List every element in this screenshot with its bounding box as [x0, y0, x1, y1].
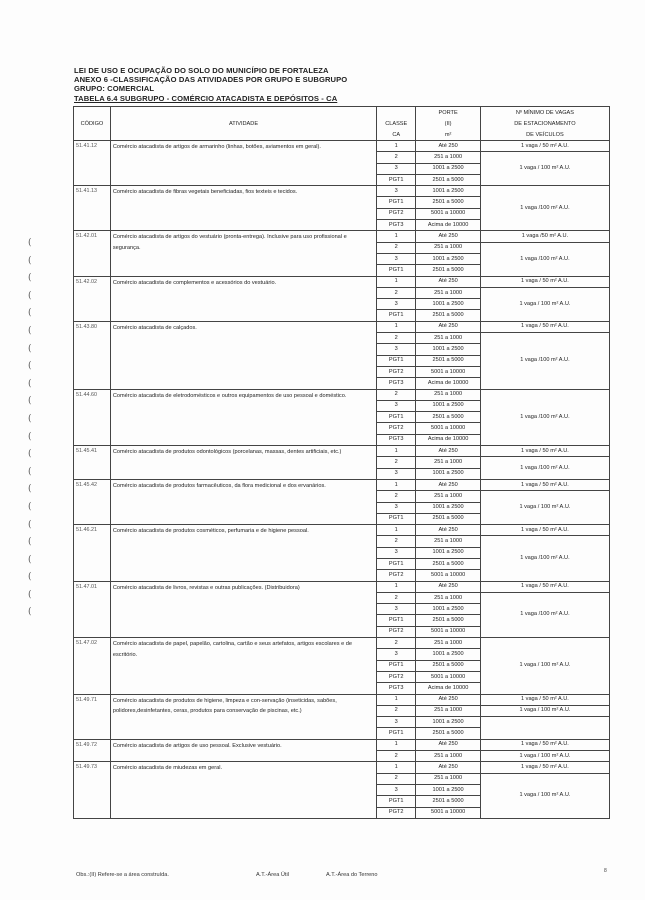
hole-mark: (: [28, 253, 48, 271]
activity-code: 51.41.13: [74, 186, 111, 231]
porte-range: Até 250: [416, 581, 481, 592]
class-ca: 1: [377, 739, 416, 750]
col-header-porte-2: (II): [416, 118, 481, 129]
hole-mark: (: [28, 270, 48, 288]
class-ca: PGT1: [377, 728, 416, 739]
activity-description: Comércio atacadista de eletrodomésticos …: [110, 389, 376, 445]
porte-range: 1001 a 2500: [416, 649, 481, 660]
porte-range: 251 a 1000: [416, 242, 481, 253]
parking-requirement: 1 vaga /100 m² A.U.: [480, 389, 609, 445]
class-ca: PGT1: [377, 265, 416, 276]
parking-requirement: 1 vaga / 50 m² A.U.: [480, 141, 609, 152]
porte-range: 251 a 1000: [416, 638, 481, 649]
class-ca: 1: [377, 141, 416, 152]
porte-range: 2501 a 5000: [416, 660, 481, 671]
table-row: 51.49.73Comércio atacadista de miudezas …: [74, 762, 610, 773]
hole-mark: (: [28, 235, 48, 253]
parking-requirement: 1 vaga / 100 m² A.U.: [480, 152, 609, 186]
parking-requirement: 1 vaga / 50 m² A.U.: [480, 321, 609, 332]
class-ca: 3: [377, 400, 416, 411]
porte-range: Até 250: [416, 276, 481, 287]
class-ca: 2: [377, 773, 416, 784]
activity-description: Comércio atacadista de artigos de armari…: [110, 141, 376, 186]
parking-requirement: 1 vaga /100 m² A.U.: [480, 536, 609, 581]
table-row: 51.47.01Comércio atacadista de livros, r…: [74, 581, 610, 592]
class-ca: PGT1: [377, 660, 416, 671]
class-ca: 3: [377, 468, 416, 479]
col-header-classe-2: CA: [377, 129, 416, 141]
parking-requirement: 1 vaga / 50 m² A.U.: [480, 479, 609, 490]
class-ca: 1: [377, 446, 416, 457]
activity-code: 51.47.02: [74, 638, 111, 694]
porte-range: 1001 a 2500: [416, 784, 481, 795]
hole-mark: (: [28, 341, 48, 359]
porte-range: Até 250: [416, 694, 481, 705]
col-header-vagas-3: DE VEÍCULOS: [480, 129, 609, 141]
porte-range: 1001 a 2500: [416, 400, 481, 411]
law-title: LEI DE USO E OCUPAÇÃO DO SOLO DO MUNICÍP…: [74, 66, 347, 75]
footer-au-legend: A.T.-Área Útil: [256, 872, 289, 878]
porte-range: 251 a 1000: [416, 152, 481, 163]
porte-range: 5001 a 10000: [416, 570, 481, 581]
class-ca: 2: [377, 333, 416, 344]
class-ca: 3: [377, 253, 416, 264]
porte-range: 2501 a 5000: [416, 265, 481, 276]
table-title: TABELA 6.4 SUBGRUPO - COMÉRCIO ATACADIST…: [74, 94, 347, 103]
porte-range: 251 a 1000: [416, 457, 481, 468]
activity-description: Comércio atacadista de produtos odontoló…: [110, 446, 376, 480]
col-header-atividade: ATIVIDADE: [110, 107, 376, 141]
porte-range: 251 a 1000: [416, 333, 481, 344]
porte-range: 251 a 1000: [416, 592, 481, 603]
porte-range: 5001 a 10000: [416, 807, 481, 818]
binding-hole-marks: ((((((((((((((((((((((: [28, 235, 48, 622]
activity-description: Comércio atacadista de complementos e ac…: [110, 276, 376, 321]
activity-description: Comércio atacadista de produtos de higie…: [110, 694, 376, 739]
hole-mark: (: [28, 305, 48, 323]
activity-code: 51.46.21: [74, 525, 111, 581]
class-ca: 3: [377, 299, 416, 310]
porte-range: 2501 a 5000: [416, 513, 481, 524]
footer-at-legend: A.T.-Área do Terreno: [326, 872, 378, 878]
annex-title: ANEXO 6 -CLASSIFICAÇÃO DAS ATIVIDADES PO…: [74, 75, 347, 84]
activity-code: 51.44.60: [74, 389, 111, 445]
porte-range: Acima de 10000: [416, 378, 481, 389]
porte-range: 2501 a 5000: [416, 197, 481, 208]
class-ca: 1: [377, 762, 416, 773]
table-header-row: CÓDIGO ATIVIDADE PORTE Nº MÍNIMO DE VAGA…: [74, 107, 610, 119]
class-ca: 1: [377, 231, 416, 242]
parking-requirement: 1 vaga / 50 m² A.U.: [480, 581, 609, 592]
table-row: 51.44.60Comércio atacadista de eletrodom…: [74, 389, 610, 400]
class-ca: 2: [377, 638, 416, 649]
table-row: 51.43.80Comércio atacadista de calçados.…: [74, 321, 610, 332]
class-ca: 3: [377, 717, 416, 728]
class-ca: 2: [377, 705, 416, 716]
class-ca: 1: [377, 321, 416, 332]
class-ca: PGT1: [377, 615, 416, 626]
col-header-vagas-2: DE ESTACIONAMENTO: [480, 118, 609, 129]
porte-range: 5001 a 10000: [416, 208, 481, 219]
porte-range: 1001 a 2500: [416, 604, 481, 615]
parking-requirement: 1 vaga / 50 m² A.U.: [480, 694, 609, 705]
col-header-codigo: CÓDIGO: [74, 107, 111, 141]
class-ca: 3: [377, 547, 416, 558]
table-body: 51.41.12Comércio atacadista de artigos d…: [74, 141, 610, 819]
class-ca: PGT1: [377, 310, 416, 321]
col-header-classe-1: CLASSE: [377, 118, 416, 129]
porte-range: 2501 a 5000: [416, 355, 481, 366]
class-ca: 1: [377, 479, 416, 490]
parking-requirement: 1 vaga / 100 m² A.U.: [480, 773, 609, 818]
parking-requirement: 1 vaga /100 m² A.U.: [480, 457, 609, 480]
parking-requirement: 1 vaga /100 m² A.U.: [480, 186, 609, 231]
porte-range: Até 250: [416, 762, 481, 773]
table-row: 51.42.01Comércio atacadista de artigos d…: [74, 231, 610, 242]
porte-range: 1001 a 2500: [416, 186, 481, 197]
activity-code: 51.41.12: [74, 141, 111, 186]
class-ca: 2: [377, 457, 416, 468]
porte-range: Até 250: [416, 446, 481, 457]
porte-range: Até 250: [416, 739, 481, 750]
class-ca: PGT1: [377, 412, 416, 423]
class-ca: 3: [377, 163, 416, 174]
porte-range: Acima de 10000: [416, 220, 481, 231]
table-row: 51.49.71Comércio atacadista de produtos …: [74, 694, 610, 705]
hole-mark: (: [28, 604, 48, 622]
activity-description: Comércio atacadista de miudezas em geral…: [110, 762, 376, 818]
activity-description: Comércio atacadista de fibras vegetais b…: [110, 186, 376, 231]
porte-range: 2501 a 5000: [416, 412, 481, 423]
activity-code: 51.49.71: [74, 694, 111, 739]
activity-code: 51.42.01: [74, 231, 111, 276]
class-ca: 2: [377, 592, 416, 603]
activity-description: Comércio atacadista de artigos do vestuá…: [110, 231, 376, 276]
class-ca: PGT3: [377, 434, 416, 445]
porte-range: 251 a 1000: [416, 491, 481, 502]
porte-range: Até 250: [416, 321, 481, 332]
table-row: 51.42.02Comércio atacadista de complemen…: [74, 276, 610, 287]
activity-description: Comércio atacadista de papel, papelão, c…: [110, 638, 376, 694]
parking-requirement: 1 vaga / 100 m² A.U.: [480, 638, 609, 694]
porte-range: Até 250: [416, 525, 481, 536]
parking-requirement: 1 vaga / 50 m² A.U.: [480, 739, 609, 750]
porte-range: 251 a 1000: [416, 705, 481, 716]
footer-note: Obs.:(II) Refere-se a área construída.: [76, 872, 169, 878]
class-ca: PGT1: [377, 796, 416, 807]
col-header-vagas-1: Nº MÍNIMO DE VAGAS: [480, 107, 609, 119]
hole-mark: (: [28, 534, 48, 552]
activity-code: 51.45.41: [74, 446, 111, 480]
porte-range: 5001 a 10000: [416, 671, 481, 682]
hole-mark: (: [28, 587, 48, 605]
porte-range: 5001 a 10000: [416, 366, 481, 377]
parking-requirement: 1 vaga / 50 m² A.U.: [480, 446, 609, 457]
porte-range: 1001 a 2500: [416, 253, 481, 264]
class-ca: PGT2: [377, 671, 416, 682]
parking-requirement: [480, 717, 609, 740]
class-ca: 3: [377, 186, 416, 197]
class-ca: PGT1: [377, 197, 416, 208]
parking-requirement: 1 vaga /100 m² A.U.: [480, 242, 609, 276]
hole-mark: (: [28, 552, 48, 570]
porte-range: 1001 a 2500: [416, 717, 481, 728]
porte-range: 2501 a 5000: [416, 310, 481, 321]
activity-description: Comércio atacadista de produtos farmacêu…: [110, 479, 376, 524]
porte-range: 2501 a 5000: [416, 796, 481, 807]
class-ca: 3: [377, 784, 416, 795]
porte-range: 1001 a 2500: [416, 547, 481, 558]
porte-range: 2501 a 5000: [416, 615, 481, 626]
class-ca: 3: [377, 649, 416, 660]
activity-code: 51.47.01: [74, 581, 111, 637]
activity-description: Comércio atacadista de produtos cosmétic…: [110, 525, 376, 581]
hole-mark: (: [28, 464, 48, 482]
class-ca: PGT1: [377, 355, 416, 366]
table-row: 51.45.41Comércio atacadista de produtos …: [74, 446, 610, 457]
activity-code: 51.42.02: [74, 276, 111, 321]
col-header-porte-3: m²: [416, 129, 481, 141]
activity-description: Comércio atacadista de calçados.: [110, 321, 376, 389]
group-title: GRUPO: COMERCIAL: [74, 84, 347, 93]
porte-range: 251 a 1000: [416, 751, 481, 762]
porte-range: 1001 a 2500: [416, 299, 481, 310]
porte-range: Acima de 10000: [416, 434, 481, 445]
porte-range: Até 250: [416, 479, 481, 490]
porte-range: 5001 a 10000: [416, 626, 481, 637]
table-row: 51.41.13Comércio atacadista de fibras ve…: [74, 186, 610, 197]
class-ca: PGT3: [377, 220, 416, 231]
hole-mark: (: [28, 499, 48, 517]
porte-range: 1001 a 2500: [416, 344, 481, 355]
class-ca: 2: [377, 491, 416, 502]
class-ca: PGT3: [377, 683, 416, 694]
table-row: 51.47.02Comércio atacadista de papel, pa…: [74, 638, 610, 649]
hole-mark: (: [28, 517, 48, 535]
table-row: 51.46.21Comércio atacadista de produtos …: [74, 525, 610, 536]
porte-range: 251 a 1000: [416, 536, 481, 547]
class-ca: 1: [377, 525, 416, 536]
table-row: 51.41.12Comércio atacadista de artigos d…: [74, 141, 610, 152]
class-ca: 2: [377, 389, 416, 400]
hole-mark: (: [28, 358, 48, 376]
class-ca: PGT2: [377, 807, 416, 818]
class-ca: 2: [377, 536, 416, 547]
class-ca: 1: [377, 276, 416, 287]
class-ca: PGT2: [377, 570, 416, 581]
parking-requirement: 1 vaga / 100 m² A.U.: [480, 751, 609, 762]
activity-table: CÓDIGO ATIVIDADE PORTE Nº MÍNIMO DE VAGA…: [73, 106, 610, 819]
table-row: 51.45.42Comércio atacadista de produtos …: [74, 479, 610, 490]
parking-requirement: 1 vaga /50 m² A.U.: [480, 231, 609, 242]
porte-range: Acima de 10000: [416, 683, 481, 694]
hole-mark: (: [28, 569, 48, 587]
class-ca: PGT2: [377, 626, 416, 637]
porte-range: 251 a 1000: [416, 389, 481, 400]
parking-requirement: 1 vaga / 100 m² A.U.: [480, 491, 609, 525]
porte-range: 5001 a 10000: [416, 423, 481, 434]
hole-mark: (: [28, 429, 48, 447]
class-ca: 3: [377, 502, 416, 513]
class-ca: 3: [377, 604, 416, 615]
class-ca: 3: [377, 344, 416, 355]
porte-range: 251 a 1000: [416, 773, 481, 784]
table-row: 51.49.72Comércio atacadista de artigos d…: [74, 739, 610, 750]
activity-code: 51.43.80: [74, 321, 111, 389]
hole-mark: (: [28, 323, 48, 341]
hole-mark: (: [28, 446, 48, 464]
activity-code: 51.45.42: [74, 479, 111, 524]
class-ca: 1: [377, 694, 416, 705]
class-ca: PGT2: [377, 423, 416, 434]
class-ca: PGT2: [377, 366, 416, 377]
hole-mark: (: [28, 481, 48, 499]
parking-requirement: 1 vaga / 50 m² A.U.: [480, 276, 609, 287]
class-ca: 2: [377, 152, 416, 163]
class-ca: 2: [377, 287, 416, 298]
porte-range: 251 a 1000: [416, 287, 481, 298]
parking-requirement: 1 vaga /100 m² A.U.: [480, 333, 609, 389]
class-ca: PGT2: [377, 208, 416, 219]
parking-requirement: 1 vaga /100 m² A.U.: [480, 592, 609, 637]
porte-range: 2501 a 5000: [416, 174, 481, 185]
col-header-porte-1: PORTE: [416, 107, 481, 119]
activity-code: 51.49.72: [74, 739, 111, 762]
hole-mark: (: [28, 411, 48, 429]
class-ca: 2: [377, 242, 416, 253]
porte-range: 2501 a 5000: [416, 558, 481, 569]
porte-range: Até 250: [416, 141, 481, 152]
class-ca: PGT1: [377, 174, 416, 185]
hole-mark: (: [28, 376, 48, 394]
class-ca: PGT1: [377, 558, 416, 569]
col-header-classe: [377, 107, 416, 119]
class-ca: PGT3: [377, 378, 416, 389]
parking-requirement: 1 vaga / 100 m² A.U.: [480, 705, 609, 716]
hole-mark: (: [28, 288, 48, 306]
parking-requirement: 1 vaga / 50 m² A.U.: [480, 762, 609, 773]
parking-requirement: 1 vaga / 100 m² A.U.: [480, 287, 609, 321]
porte-range: 1001 a 2500: [416, 468, 481, 479]
porte-range: 1001 a 2500: [416, 502, 481, 513]
porte-range: 2501 a 5000: [416, 728, 481, 739]
class-ca: 1: [377, 581, 416, 592]
activity-description: Comércio atacadista de artigos de uso pe…: [110, 739, 376, 762]
class-ca: 2: [377, 751, 416, 762]
porte-range: 1001 a 2500: [416, 163, 481, 174]
parking-requirement: 1 vaga / 50 m² A.U.: [480, 525, 609, 536]
class-ca: PGT1: [377, 513, 416, 524]
porte-range: Até 250: [416, 231, 481, 242]
activity-description: Comércio atacadista de livros, revistas …: [110, 581, 376, 637]
page-number: 8: [604, 868, 607, 874]
hole-mark: (: [28, 393, 48, 411]
document-header: LEI DE USO E OCUPAÇÃO DO SOLO DO MUNICÍP…: [74, 66, 347, 103]
activity-code: 51.49.73: [74, 762, 111, 818]
